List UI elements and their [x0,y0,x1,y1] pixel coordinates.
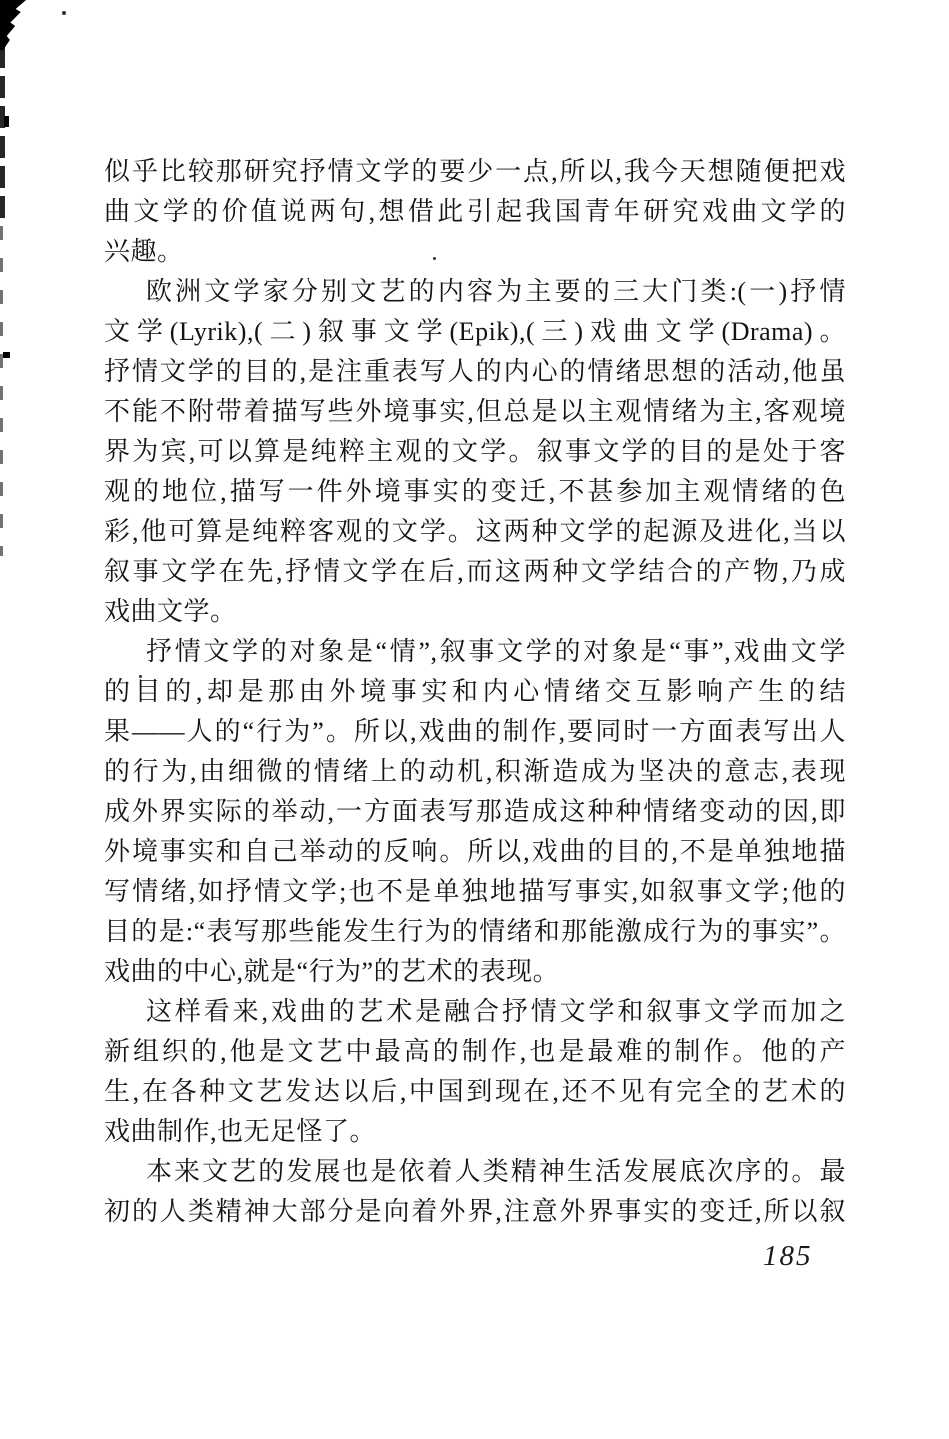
text-line: 初的人类精神大部分是向着外界,注意外界事实的变迁,所以叙 [104,1192,846,1232]
text-line: 文学(Lyrik),(二)叙事文学(Epik),(三)戏曲文学(Drama)。 [104,312,846,352]
text-line: 果——人的“行为”。所以,戏曲的制作,要同时一方面表写出人 [104,712,846,752]
scan-artifact-tick [4,116,9,127]
text-line: 不能不附带着描写些外境事实,但总是以主观情绪为主,客观境 [104,392,846,432]
book-page: 似乎比较那研究抒情文学的要少一点,所以,我今天想随便把戏曲文学的价值说两句,想借… [0,0,949,1439]
text-line: 外境事实和自己举动的反响。所以,戏曲的目的,不是单独地描 [104,832,846,872]
text-line: 成外界实际的举动,一方面表写那造成这种种情绪变动的因,即 [104,792,846,832]
text-line: 的目的,却是那由外境事实和内心情绪交互影响产生的结 [104,672,846,712]
text-line: 这样看来,戏曲的艺术是融合抒情文学和叙事文学而加之 [104,992,846,1032]
page-number: 185 [763,1240,813,1273]
text-line: 新组织的,他是文艺中最高的制作,也是最难的制作。他的产 [104,1032,846,1072]
text-line: 抒情文学的对象是“情”,叙事文学的对象是“事”,戏曲文学 [104,632,846,672]
text-line: 写情绪,如抒情文学;也不是单独地描写事实,如叙事文学;他的 [104,872,846,912]
text-line: 戏曲的中心,就是“行为”的艺术的表现。 [104,952,846,992]
text-line: 界为宾,可以算是纯粹主观的文学。叙事文学的目的是处于客 [104,432,846,472]
text-line: 戏曲文学。 [104,592,846,632]
scan-artifact-edge-stripe-lower [0,226,3,556]
scan-artifact-speck [62,11,66,15]
scan-artifact-ink-blob [0,0,26,50]
text-line: 兴趣。 [104,232,846,272]
scan-artifact-edge-stripe-upper [0,46,5,226]
text-line: 曲文学的价值说两句,想借此引起我国青年研究戏曲文学的 [104,192,846,232]
text-line: 欧洲文学家分别文艺的内容为主要的三大门类:(一)抒情 [104,272,846,312]
text-line: 抒情文学的目的,是注重表写人的内心的情绪思想的活动,他虽 [104,352,846,392]
text-line: 生,在各种文艺发达以后,中国到现在,还不见有完全的艺术的 [104,1072,846,1112]
text-line: 目的是:“表写那些能发生行为的情绪和那能激成行为的事实”。 [104,912,846,952]
text-line: 观的地位,描写一件外境事实的变迁,不甚参加主观情绪的色 [104,472,846,512]
text-line: 戏曲制作,也无足怪了。 [104,1112,846,1152]
body-text: 似乎比较那研究抒情文学的要少一点,所以,我今天想随便把戏曲文学的价值说两句,想借… [104,152,846,1232]
text-line: 似乎比较那研究抒情文学的要少一点,所以,我今天想随便把戏 [104,152,846,192]
text-line: 本来文艺的发展也是依着人类精神生活发展底次序的。最 [104,1152,846,1192]
text-line: 彩,他可算是纯粹客观的文学。这两种文学的起源及进化,当以 [104,512,846,552]
scan-artifact-tick [3,352,10,358]
text-line: 的行为,由细微的情绪上的动机,积渐造成为坚决的意志,表现 [104,752,846,792]
text-line: 叙事文学在先,抒情文学在后,而这两种文学结合的产物,乃成 [104,552,846,592]
